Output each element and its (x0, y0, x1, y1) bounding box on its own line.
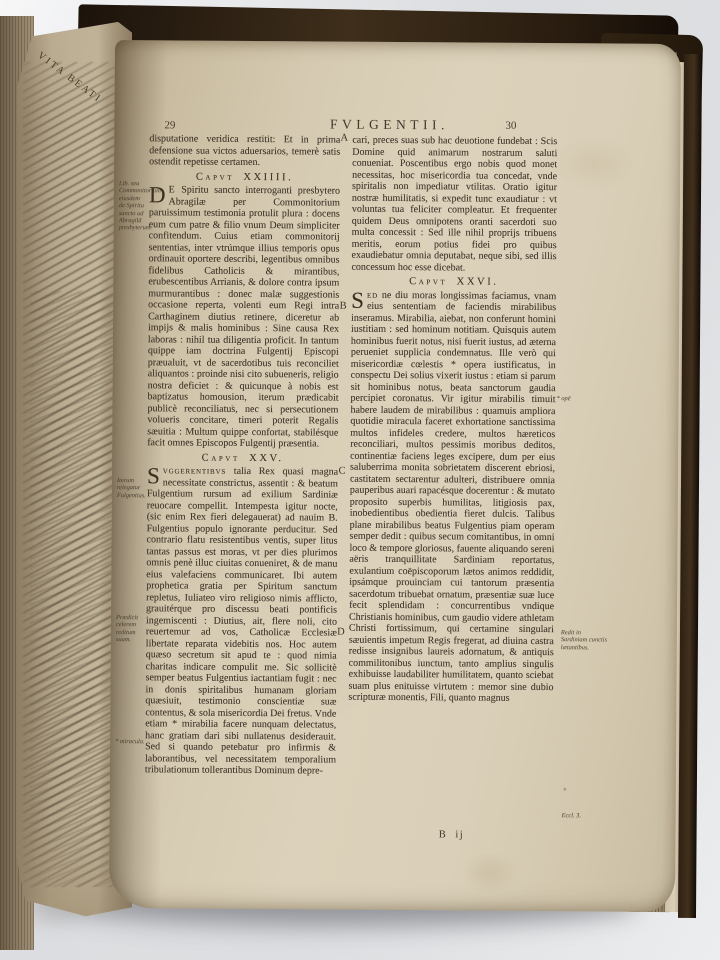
paragraph-continuation-right: cari, preces suas sub hac deuotione fund… (351, 135, 557, 274)
margin-note-praedicit: Prædicit celerem reditum suum. (116, 614, 144, 644)
book-photograph: VITA BEATI 29 FVLGENTII. 30 disputatione… (0, 0, 720, 960)
chapter-heading-25: Capvt XXV. (147, 452, 338, 465)
margin-note-opera: * opē (557, 395, 571, 403)
signature-mark: B ij (409, 829, 493, 841)
chapter-24-body: Spiritu sancto interroganti presbytero A… (147, 185, 340, 450)
margin-note-redit-in-sardiniam: Redit in Sardiniam cunctis lætantibus. (561, 629, 609, 652)
margin-note-relegatur: Iterum relegatur Fulgentius. (117, 477, 145, 499)
gutter-letter-d: D (333, 627, 349, 638)
drop-cap-25: S (147, 465, 163, 485)
folio-number-left: 29 (164, 119, 175, 131)
drop-cap-26: S (351, 289, 367, 309)
chapter-26-body: ne diu moras longissimas faciamus, vnam … (348, 289, 556, 703)
text-column-left: disputatione veridica restitit: Et in pr… (145, 133, 340, 777)
chapter-24-text: DE Spiritu sancto interroganti presbyter… (147, 184, 340, 450)
running-title: FVLGENTII. (272, 116, 506, 134)
gutter-letter-b: B (335, 301, 351, 312)
chapter-26-text: Sed ne diu moras longissimas faciamus, v… (348, 289, 556, 704)
gutter-letter-c: C (334, 466, 350, 477)
chapter-25-text: Svggerentibvs talia Rex quasi magna nece… (145, 465, 338, 777)
recto-page: 29 FVLGENTII. 30 disputatione veridica r… (109, 40, 681, 912)
gutter-letter-a: A (336, 133, 352, 144)
chapter-25-lead: vggerentibvs (163, 465, 226, 476)
text-column-right: cari, preces suas sub hac deuotione fund… (348, 135, 557, 705)
margin-note-eccl-reference: Eccl. 3. (562, 812, 581, 820)
chapter-heading-24: Capvt XXIIII. (149, 171, 340, 184)
paragraph-continuation-left: disputatione veridica restitit: Et in pr… (149, 133, 340, 169)
chapter-24-lead: E (169, 184, 176, 195)
margin-note-miracula: * miracula. (115, 738, 149, 746)
chapter-heading-26: Capvt XXVI. (351, 276, 556, 289)
margin-note-commonitorium: Lib. seu Commonitorium eiusdem de Spirit… (119, 180, 147, 232)
folio-number-right: 30 (505, 120, 516, 132)
chapter-26-lead: ed (367, 289, 378, 300)
chapter-25-body: talia Rex quasi magna necessitate constr… (145, 466, 338, 777)
